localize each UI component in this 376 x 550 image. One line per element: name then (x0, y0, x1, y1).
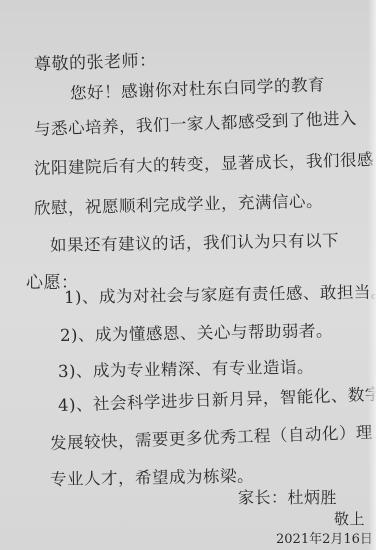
paragraph-2: 如果还有建议的话，我们认为只有以下 (50, 227, 339, 256)
paragraph-1-line-3: 沈阳建院后有大的转变，显著成长，我们很感 (34, 146, 375, 179)
wish-item-4: 4)、社会科学进步日新月异，智能化、数字化 (58, 380, 376, 416)
wish-item-1: 1)、成为对社会与家庭有责任感、敢担当。 (64, 278, 376, 308)
signature: 家长：杜炳胜 (238, 485, 337, 508)
handwritten-letter: 尊敬的张老师： 您好！感谢你对杜东白同学的教育 与悉心培养，我们一家人都感受到了… (0, 0, 376, 550)
paragraph-1-line-1: 您好！感谢你对杜东白同学的教育 (70, 71, 326, 104)
paragraph-1-line-4: 欣慰，祝愿顺利完成学业，充满信心。 (34, 187, 324, 219)
wish-item-3: 3)、成为专业精深、有专业造诣。 (58, 354, 314, 382)
wish-item-2: 2)、成为懂感恩、关心与帮助弱者。 (60, 317, 333, 346)
paragraph-1-line-2: 与悉心培养，我们一家人都感受到了他进入 (34, 105, 358, 140)
letter-greeting: 尊敬的张老师： (34, 46, 157, 75)
wish-item-4-continued-1: 发展较快，需要更多优秀工程（自动化）理工科 (50, 418, 376, 454)
wish-item-4-continued-2: 专业人才，希望成为栋梁。 (50, 462, 254, 490)
closing: 敬上 (334, 508, 365, 529)
letter-date: 2021年2月16日 (276, 528, 373, 547)
